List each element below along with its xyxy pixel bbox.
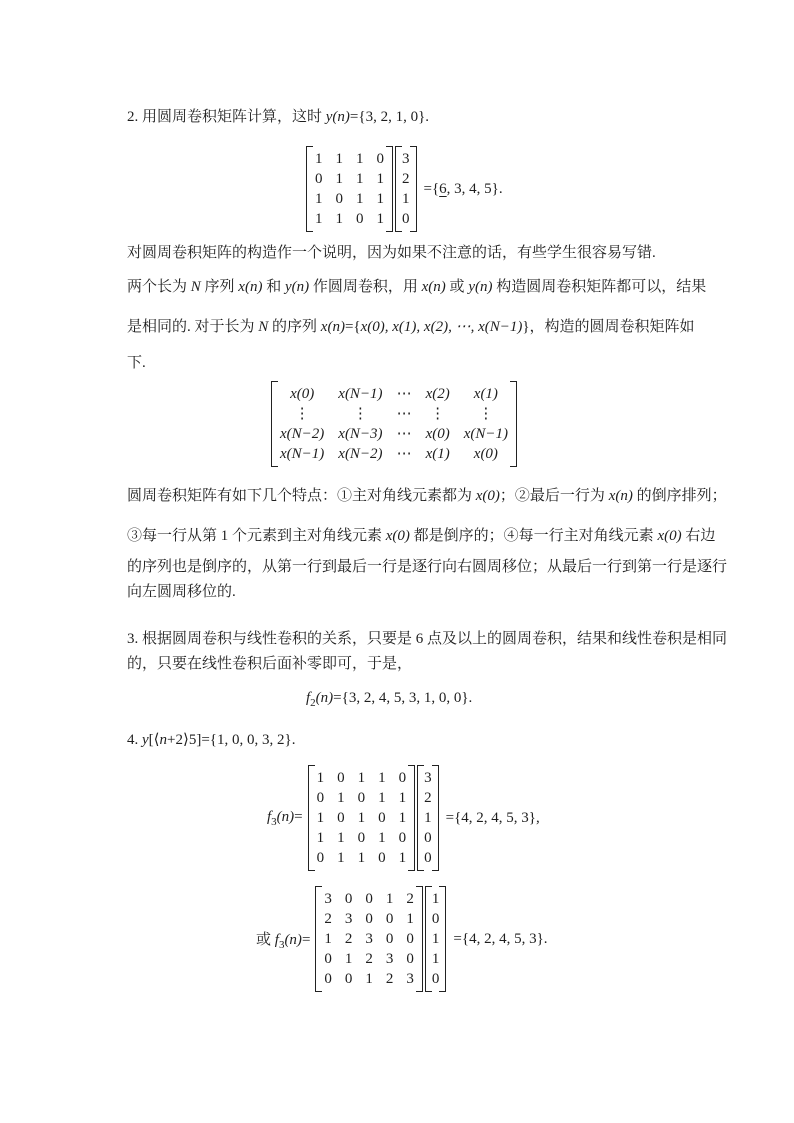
equation-1-result: ={6, 3, 4, 5}. — [424, 181, 503, 198]
input-vector-4x1: 3210 — [395, 146, 417, 232]
circulant-matrix-5x5-b: 3001223001123000123000123 — [315, 886, 423, 992]
circulant-matrix-4x4: 1110011110111101 — [306, 146, 393, 232]
paragraph-features-line-3: 的序列也是倒序的，从第一行到最后一行是逐行向右圆周移位；从最后一行到第一行是逐行 — [127, 557, 727, 577]
input-vector-5x1-a: 32100 — [417, 765, 439, 871]
item-2-heading: 2. 用圆周卷积矩阵计算，这时 y(n)={3, 2, 1, 0}. — [127, 107, 429, 127]
circulant-matrix-5x5-a: 1011001011101011101001101 — [308, 765, 416, 871]
item-3-line-2: 的，只要在线性卷积后面补零即可，于是， — [127, 654, 412, 674]
paragraph-two-line-1: 两个长为 N 序列 x(n) 和 y(n) 作圆周卷积，用 x(n) 或 y(n… — [127, 277, 706, 297]
paragraph-features-line-4: 向左圆周移位的. — [127, 582, 236, 602]
equation-2-general-circulant-matrix: x(0)x(N−1)⋯x(2)x(1)⋮⋮⋯⋮⋮x(N−2)x(N−3)⋯x(0… — [271, 381, 517, 467]
input-vector-5x1-b: 10110 — [425, 886, 447, 992]
equation-f3-matrix-form-1: f3(n)= 1011001011101011101001101 32100 =… — [267, 765, 540, 871]
equation-f3-alt-label: 或 f3(n)= — [256, 928, 310, 951]
item-4-heading: 4. y[⟨n+2⟩5]={1, 0, 0, 3, 2}. — [127, 730, 295, 750]
equation-f3-result-b: ={4, 2, 4, 5, 3}. — [453, 931, 547, 948]
document-page: 2. 用圆周卷积矩阵计算，这时 y(n)={3, 2, 1, 0}. 11100… — [0, 0, 794, 1123]
equation-f3-result-a: ={4, 2, 4, 5, 3}, — [446, 810, 540, 827]
item-3-line-1: 3. 根据圆周卷积与线性卷积的关系，只要是 6 点及以上的圆周卷积，结果和线性卷… — [127, 629, 727, 649]
paragraph-features-line-2: ③每一行从第 1 个元素到主对角线元素 x(0) 都是倒序的；④每一行主对角线元… — [127, 526, 715, 546]
paragraph-features-line-1: 圆周卷积矩阵有如下几个特点：①主对角线元素都为 x(0)；②最后一行为 x(n)… — [127, 486, 727, 506]
equation-1-circular-convolution: 1110011110111101 3210 ={6, 3, 4, 5}. — [306, 146, 503, 232]
paragraph-two-line-3: 下. — [127, 353, 146, 373]
general-circulant-matrix: x(0)x(N−1)⋯x(2)x(1)⋮⋮⋯⋮⋮x(N−2)x(N−3)⋯x(0… — [271, 381, 517, 467]
equation-f2-result: f2(n)={3, 2, 4, 5, 3, 1, 0, 0}. — [306, 688, 472, 713]
equation-f3-label: f3(n)= — [267, 809, 303, 828]
paragraph-note: 对圆周卷积矩阵的构造作一个说明，因为如果不注意的话，有些学生很容易写错. — [127, 243, 656, 263]
equation-f3-matrix-form-2: 或 f3(n)= 3001223001123000123000123 10110… — [256, 886, 548, 992]
paragraph-two-line-2: 是相同的. 对于长为 N 的序列 x(n)={x(0), x(1), x(2),… — [127, 317, 695, 337]
